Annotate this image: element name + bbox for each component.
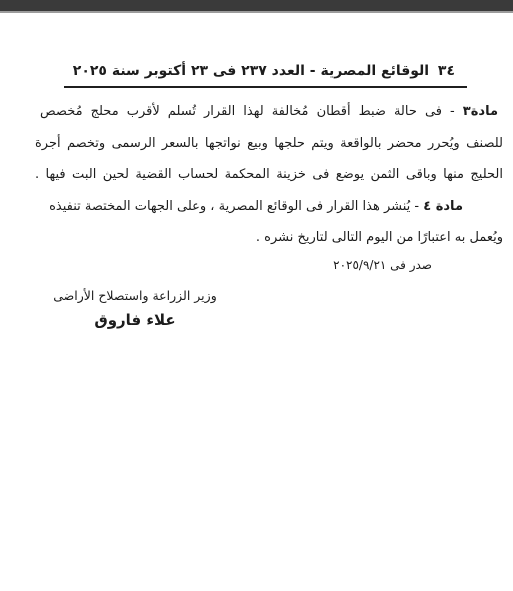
article3-line-3: الحليج منها وباقى الثمن يوضع فى خزينة ال…: [35, 159, 503, 191]
page-number: ٣٤: [438, 63, 455, 79]
article4-line-2-text: ويُعمل به اعتبارًا من اليوم التالى لتاري…: [256, 230, 503, 245]
minister-signature: علاء فاروق: [40, 311, 230, 329]
issue-date: صدر فى ٢٠٢٥/٩/٢١: [333, 258, 432, 272]
article3-line-2-text: للصنف ويُحرر محضر بالواقعة ويتم حلجها وب…: [35, 136, 503, 151]
article4-label: مادة ٤: [423, 199, 463, 214]
article3-label: مادة٣: [463, 104, 498, 119]
article3-line-3-text: الحليج منها وباقى الثمن يوضع فى خزينة ال…: [35, 167, 503, 182]
minister-title: وزير الزراعة واستصلاح الأراضى: [40, 288, 230, 303]
decree-body: مادة٣ - فى حالة ضبط أقطان مُخالفة لهذا ا…: [35, 96, 503, 254]
gazette-scan-page: ٣٤ الوقائع المصرية - العدد ٢٣٧ فى ٢٣ أكت…: [0, 0, 513, 591]
gazette-running-head: ٣٤ الوقائع المصرية - العدد ٢٣٧ فى ٢٣ أكت…: [64, 56, 467, 88]
article4-line-2: ويُعمل به اعتبارًا من اليوم التالى لتاري…: [35, 222, 503, 254]
viewer-top-bar: [0, 0, 513, 13]
gazette-header-title: الوقائع المصرية - العدد ٢٣٧ فى ٢٣ أكتوبر…: [64, 63, 438, 79]
article3-line-1: مادة٣ - فى حالة ضبط أقطان مُخالفة لهذا ا…: [35, 96, 503, 128]
article3-line-1-text: - فى حالة ضبط أقطان مُخالفة لهذا القرار …: [40, 104, 463, 119]
article3-line-2: للصنف ويُحرر محضر بالواقعة ويتم حلجها وب…: [35, 128, 503, 160]
article4-line-1-text: - يُنشر هذا القرار فى الوقائع المصرية ، …: [49, 199, 423, 214]
article4-line-1: مادة ٤ - يُنشر هذا القرار فى الوقائع الم…: [35, 191, 503, 223]
